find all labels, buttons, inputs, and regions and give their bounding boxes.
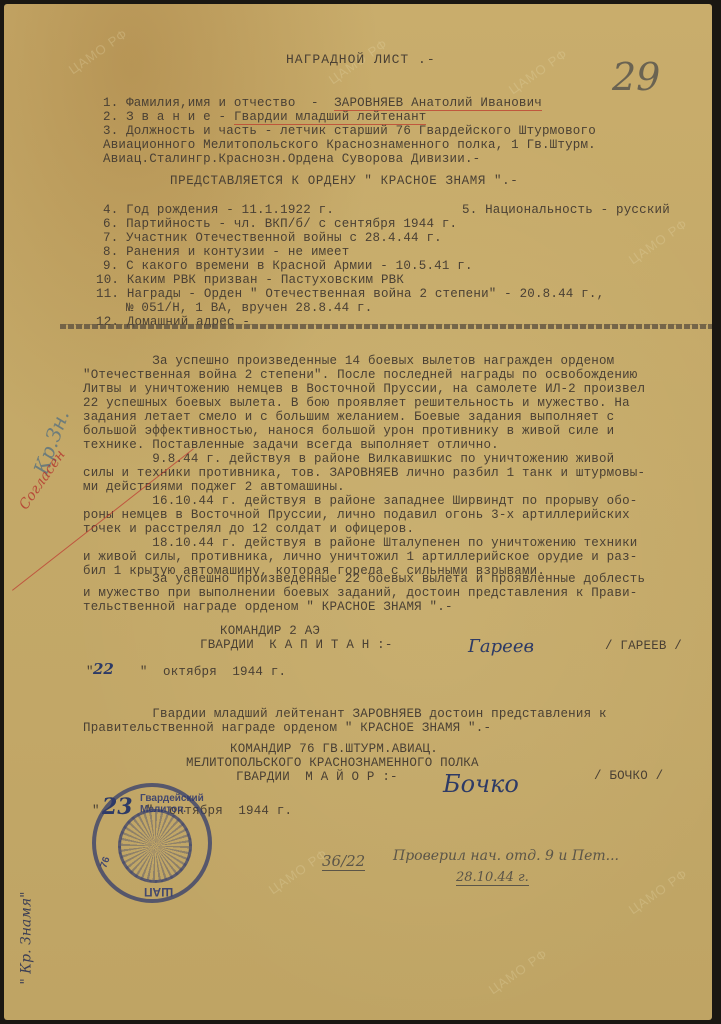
commander1-rank: ГВАРДИИ К А П И Т А Н :- xyxy=(200,638,393,652)
full-name: ЗАРОВНЯЕВ Анатолий Иванович xyxy=(334,96,542,111)
stamp-number: 76 xyxy=(98,855,112,869)
watermark: ЦАМО РФ xyxy=(66,26,131,77)
pencil-verification-date: 28.10.44 г. xyxy=(456,870,529,886)
text-line: ми действиями поджег 2 автомашины. xyxy=(83,480,645,494)
citation-body: За успешно произведенные 14 боевых вылет… xyxy=(83,354,645,578)
commander1-name: / ГАРЕЕВ / xyxy=(605,639,682,653)
item-5: 5. Национальность - русский xyxy=(462,203,670,217)
item-11: 11. Награды - Орден " Отечественная войн… xyxy=(96,287,604,301)
pencil-ref-number: 36/22 xyxy=(322,852,365,871)
item-3: 3. Должность и часть - летчик старший 76… xyxy=(103,124,693,166)
item-1: 1. Фамилия,имя и отчество - ЗАРОВНЯЕВ Ан… xyxy=(103,96,542,110)
watermark: ЦАМО РФ xyxy=(626,866,691,917)
separator-line xyxy=(60,324,712,329)
margin-note-bottom-left: " Кр. Знамя" xyxy=(19,891,35,984)
text-line: 22 успешных боевых вылета. В бою проявля… xyxy=(83,396,645,410)
watermark: ЦАМО РФ xyxy=(266,846,331,897)
stamp-text-bottom: ШАП xyxy=(144,885,173,899)
citation-conclusion: За успешно произведенные 22 боевых вылет… xyxy=(83,572,645,614)
pencil-verification-note: Проверил нач. отд. 9 и Пет... xyxy=(393,848,619,864)
commander2-rank: ГВАРДИИ М А Й О Р :- xyxy=(236,770,398,784)
text-line: и мужество при выполнении боевых заданий… xyxy=(83,586,645,600)
text-line: "Отечественная война 2 степени". После п… xyxy=(83,368,645,382)
watermark: ЦАМО РФ xyxy=(486,946,551,997)
archive-page-number: 29 xyxy=(612,55,660,99)
text-line: точек и расстрелял до 12 солдат и офицер… xyxy=(83,522,645,536)
stamp-emblem xyxy=(118,809,192,883)
item-7: 7. Участник Отечественной войны с 28.4.4… xyxy=(103,231,442,245)
text-line: технике. Поставленные задачи всегда выпо… xyxy=(83,438,645,452)
text-line: За успешно произведенные 22 боевых вылет… xyxy=(83,572,645,586)
commander2-title: КОМАНДИР 76 ГВ.ШТУРМ.АВИАЦ. xyxy=(230,742,438,756)
text-line: и живой силы, противника, лично уничтожи… xyxy=(83,550,645,564)
text-line: Гвардии младший лейтенант ЗАРОВНЯЕВ дост… xyxy=(83,707,607,721)
commander2-name: / БОЧКО / xyxy=(594,769,663,783)
commander2-regiment: МЕЛИТОПОЛЬСКОГО КРАСНОЗНАМЕННОГО ПОЛКА xyxy=(186,756,479,770)
item-11-cont: № 051/Н, 1 ВА, вручен 28.8.44 г. xyxy=(126,301,372,315)
unit-stamp: Гвардейский Мелитоп. 76 ШАП xyxy=(92,783,212,903)
stamp-text-top: Гвардейский Мелитоп. xyxy=(140,793,208,815)
nomination-heading: ПРЕДСТАВЛЯЕТСЯ К ОРДЕНУ " КРАСНОЕ ЗНАМЯ … xyxy=(170,174,518,188)
item-10: 10. Каким РВК призван - Пастуховским РВК xyxy=(96,273,404,287)
commander1-date: " " октября 1944 г. xyxy=(86,665,286,679)
rank: Гвардии младший лейтенант xyxy=(234,110,427,125)
commander1-signature: Гареев xyxy=(468,636,534,657)
text-line: 9.8.44 г. действуя в районе Вилкавишкис … xyxy=(83,452,645,466)
text-line: 16.10.44 г. действуя в районе западнее Ш… xyxy=(83,494,645,508)
commander1-title: КОМАНДИР 2 АЭ xyxy=(220,624,320,638)
commander1-date-day: 22 xyxy=(93,660,114,678)
text-line: За успешно произведенные 14 боевых вылет… xyxy=(83,354,645,368)
text-line: 18.10.44 г. действуя в районе Шталупенен… xyxy=(83,536,645,550)
text-line: задания летает смело и с большим желание… xyxy=(83,410,645,424)
text-line: Правительственной награде орденом " КРАС… xyxy=(83,721,607,735)
item-9: 9. С какого времени в Красной Армии - 10… xyxy=(103,259,473,273)
endorsement: Гвардии младший лейтенант ЗАРОВНЯЕВ дост… xyxy=(83,707,607,735)
watermark: ЦАМО РФ xyxy=(626,216,691,267)
text-line: большой эффективностью, нанося большой у… xyxy=(83,424,645,438)
text-line: роны немцев в Восточной Пруссии, лично п… xyxy=(83,508,645,522)
item-6: 6. Партийность - чл. ВКП/б/ с сентября 1… xyxy=(103,217,457,231)
item-4: 4. Год рождения - 11.1.1922 г. xyxy=(103,203,334,217)
commander2-signature: Бочко xyxy=(443,770,519,798)
watermark: ЦАМО РФ xyxy=(506,46,571,97)
text-line: тельственной награде орденом " КРАСНОЕ З… xyxy=(83,600,645,614)
item-8: 8. Ранения и контузии - не имеет xyxy=(103,245,349,259)
item-2: 2. З в а н и е - Гвардии младший лейтена… xyxy=(103,110,426,124)
document-title: НАГРАДНОЙ ЛИСТ .- xyxy=(286,53,436,67)
text-line: Литвы и уничтожению немцев в Восточной П… xyxy=(83,382,645,396)
